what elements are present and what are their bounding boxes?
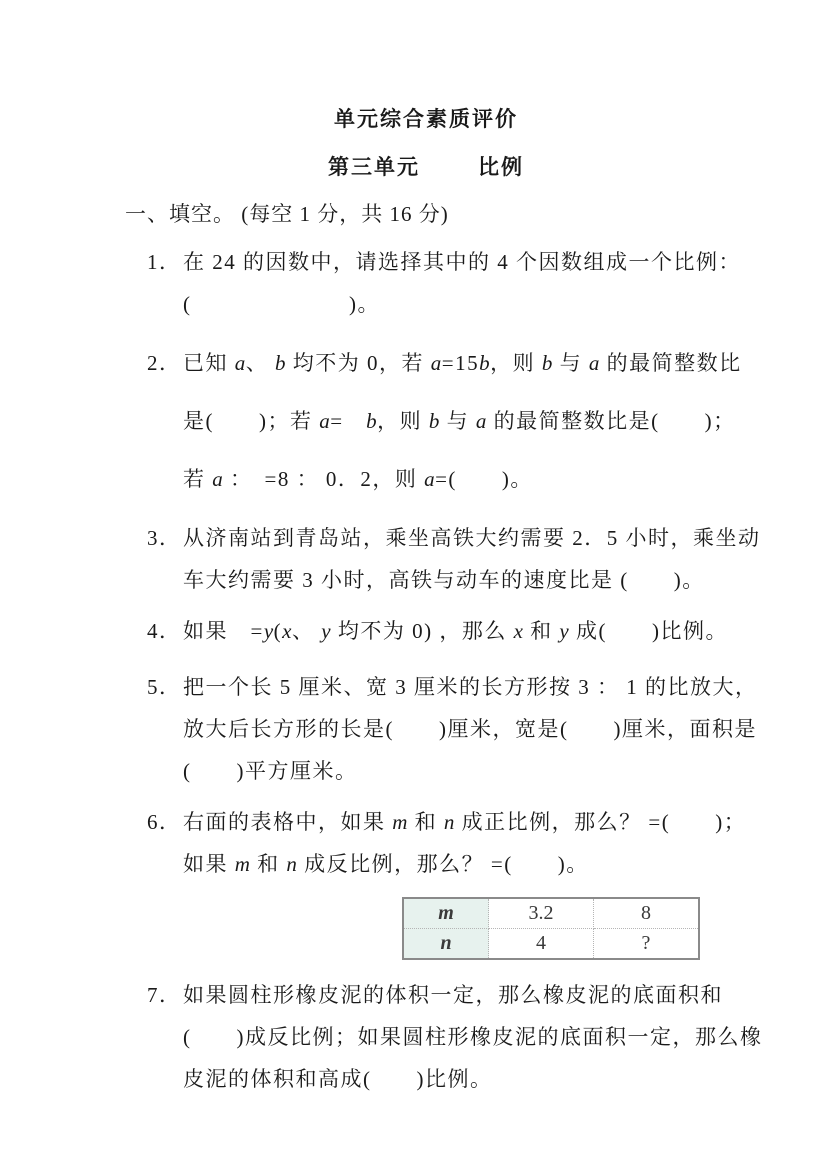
section-heading-text: 一、填空。 (每空 1 分，共 16 分) [125,202,449,226]
math-variable: a [319,409,330,433]
question-text: ( )平方厘米。 [183,759,358,783]
question-5-line-2: 放大后长方形的长是( )厘米，宽是( )厘米，面积是 [183,708,727,750]
math-variable: b [366,409,377,433]
question-text: ，则 [490,351,542,375]
question-text: 、 [292,619,321,643]
question-text: ，则 [377,409,429,433]
ratio-table-row-2: n4? [403,929,699,960]
question-5-line-3: ( )平方厘米。 [183,750,727,792]
ratio-table: m3.28n4? [402,897,700,960]
question-text: 与 [440,409,476,433]
question-3-line-2: 车大约需要 3 小时，高铁与动车的速度比是 ( )。 [183,559,727,601]
question-text: ( )成反比例；如果圆柱形橡皮泥的底面积一定，那么橡 [183,1025,762,1049]
question-text: 均不为 0) ，那么 [331,619,514,643]
question-3: 3．从济南站到青岛站，乘坐高铁大约需要 2．5 小时，乘坐动车大约需要 3 小时… [125,517,727,601]
question-text: 如果 = [183,619,264,643]
question-6-line-1: 6．右面的表格中，如果 m 和 n 成正比例，那么？ =( )； [183,801,727,843]
questions-list: 1．在 24 的因数中，请选择其中的 4 个因数组成一个比例：( )。2．已知 … [125,241,727,1100]
math-variable: x [514,619,524,643]
question-text: 皮泥的体积和高成( )比例。 [183,1067,493,1091]
question-text: 放大后长方形的长是( )厘米，宽是( )厘米，面积是 [183,717,757,741]
question-1: 1．在 24 的因数中，请选择其中的 4 个因数组成一个比例：( )。 [125,241,727,325]
question-number: 3． [147,517,182,559]
math-variable: b [542,351,553,375]
question-text: 、 [246,351,275,375]
math-variable: m [235,852,251,876]
question-text: 如果 [183,852,235,876]
question-text: 从济南站到青岛站，乘坐高铁大约需要 2．5 小时，乘坐动 [183,526,761,550]
question-6-line-2: 如果 m 和 n 成反比例，那么？ =( )。 [183,843,727,885]
question-text: 和 [250,852,286,876]
question-text: = [330,409,366,433]
question-text: ( [274,619,283,643]
question-number: 2． [147,334,182,392]
ratio-table-value: ? [594,929,700,960]
ratio-table-label: m [403,898,489,929]
math-variable: b [429,409,440,433]
question-7: 7．如果圆柱形橡皮泥的体积一定，那么橡皮泥的底面积和( )成反比例；如果圆柱形橡… [125,974,727,1100]
question-text: 已知 [183,351,235,375]
math-variable: m [392,810,408,834]
question-number: 1． [147,241,182,283]
math-variable: x [282,619,292,643]
question-text: 的最简整数比是( )； [487,409,736,433]
question-text: 如果圆柱形橡皮泥的体积一定，那么橡皮泥的底面积和 [183,983,723,1007]
question-7-line-3: 皮泥的体积和高成( )比例。 [183,1058,727,1100]
question-text: 车大约需要 3 小时，高铁与动车的速度比是 ( )。 [183,568,705,592]
question-7-line-1: 7．如果圆柱形橡皮泥的体积一定，那么橡皮泥的底面积和 [183,974,727,1016]
question-number: 7． [147,974,182,1016]
math-variable: y [321,619,331,643]
math-variable: a [431,351,442,375]
question-text: ( )。 [183,292,380,316]
question-text: =( )。 [435,467,533,491]
question-1-line-1: 1．在 24 的因数中，请选择其中的 4 个因数组成一个比例： [183,241,727,283]
question-4: 4．如果 =y(x、 y 均不为 0) ，那么 x 和 y 成( )比例。 [125,610,727,652]
question-2: 2．已知 a、 b 均不为 0，若 a=15b，则 b 与 a 的最简整数比是(… [125,334,727,508]
ratio-table-label: n [403,929,489,960]
question-text: 成正比例，那么？ =( )； [455,810,746,834]
question-text: 是( )；若 [183,409,319,433]
question-5: 5．把一个长 5 厘米、宽 3 厘米的长方形按 3 ： 1 的比放大，放大后长方… [125,666,727,792]
math-variable: y [559,619,569,643]
math-variable: a [589,351,600,375]
question-text: 成反比例，那么？ =( )。 [297,852,588,876]
page-subtitle: 第三单元 比例 [125,154,727,180]
question-text: 与 [553,351,589,375]
page-title: 单元综合素质评价 [125,106,727,132]
question-5-line-1: 5．把一个长 5 厘米、宽 3 厘米的长方形按 3 ： 1 的比放大， [183,666,727,708]
question-text: ： =8 ： 0．2，则 [223,467,424,491]
question-2-line-1: 2．已知 a、 b 均不为 0，若 a=15b，则 b 与 a 的最简整数比 [183,334,727,392]
math-variable: a [235,351,246,375]
question-7-line-2: ( )成反比例；如果圆柱形橡皮泥的底面积一定，那么橡 [183,1016,727,1058]
worksheet-page: 单元综合素质评价 第三单元 比例 一、填空。 (每空 1 分，共 16 分) 1… [0,0,827,1169]
section-heading: 一、填空。 (每空 1 分，共 16 分) [125,199,727,229]
question-2-line-3: 若 a ： =8 ： 0．2，则 a=( )。 [183,450,727,508]
ratio-table-value: 4 [489,929,594,960]
question-text: 把一个长 5 厘米、宽 3 厘米的长方形按 3 ： 1 的比放大， [183,675,758,699]
ratio-table-value: 3.2 [489,898,594,929]
question-text: 和 [408,810,444,834]
question-text: 成( )比例。 [569,619,728,643]
question-text: 均不为 0，若 [286,351,431,375]
math-variable: b [275,351,286,375]
subtitle-unit: 第三单元 [328,154,420,180]
math-variable: n [286,852,297,876]
question-2-line-2: 是( )；若 a= b，则 b 与 a 的最简整数比是( )； [183,392,727,450]
math-variable: y [264,619,274,643]
question-text: 若 [183,467,212,491]
math-variable: a [212,467,223,491]
math-variable: a [476,409,487,433]
question-text: 在 24 的因数中，请选择其中的 4 个因数组成一个比例： [183,250,741,274]
question-3-line-1: 3．从济南站到青岛站，乘坐高铁大约需要 2．5 小时，乘坐动 [183,517,727,559]
math-variable: a [424,467,435,491]
math-variable: n [444,810,455,834]
question-6: 6．右面的表格中，如果 m 和 n 成正比例，那么？ =( )；如果 m 和 n… [125,801,727,960]
math-variable: b [479,351,490,375]
question-number: 4． [147,610,182,652]
question-text: 和 [523,619,559,643]
subtitle-topic: 比例 [478,154,524,180]
question-text: 右面的表格中，如果 [183,810,392,834]
ratio-table-row-1: m3.28 [403,898,699,929]
question-text: =15 [442,351,479,375]
question-number: 5． [147,666,182,708]
question-text: 的最简整数比 [600,351,742,375]
question-1-line-2: ( )。 [183,283,727,325]
question-number: 6． [147,801,182,843]
question-4-line-1: 4．如果 =y(x、 y 均不为 0) ，那么 x 和 y 成( )比例。 [183,610,727,652]
ratio-table-value: 8 [594,898,700,929]
